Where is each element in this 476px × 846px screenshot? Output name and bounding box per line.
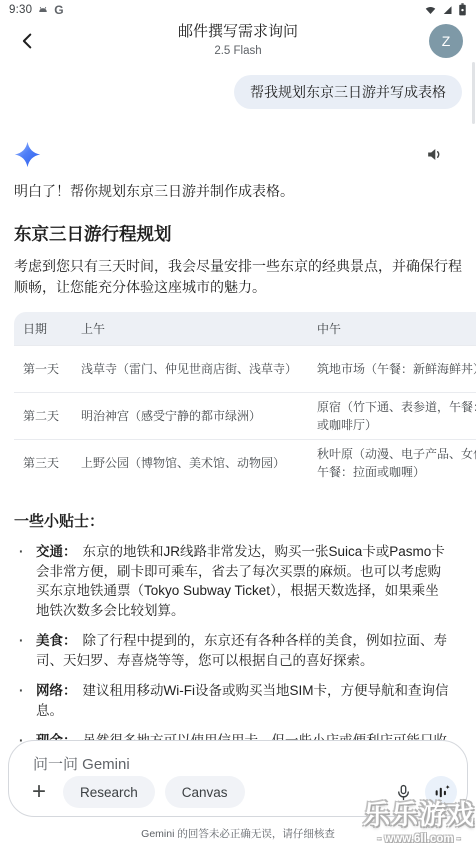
assistant-intro: 明白了！帮你规划东京三日游并制作成表格。 [14, 181, 462, 202]
model-label[interactable]: 2.5 Flash [0, 45, 476, 57]
app-bar: 邮件撰写需求询问 2.5 Flash Z [0, 17, 476, 67]
table-row: 第一天 浅草寺（雷门、仲见世商店街、浅草寺） 筑地市场（午餐：新鲜海鲜丼） [14, 345, 476, 392]
tip-label: 交通： [36, 544, 77, 559]
speaker-button[interactable] [425, 145, 444, 164]
cell-noon: 秋叶原（动漫、电子产品、女仆 午餐：拉面或咖喱） [308, 439, 476, 486]
cell-noon: 筑地市场（午餐：新鲜海鲜丼） [308, 345, 476, 392]
plus-button[interactable]: + [25, 778, 53, 806]
col-header-noon: 中午 [308, 312, 476, 345]
table-header-row: 日期 上午 中午 [14, 312, 476, 345]
tips-title: 一些小贴士： [14, 510, 462, 531]
cell-morning: 浅草寺（雷门、仲见世商店街、浅草寺） [72, 345, 308, 392]
section-title: 东京三日游行程规划 [14, 221, 462, 246]
clock: 9:30 [9, 4, 32, 16]
table-row: 第二天 明治神宫（感受宁静的都市绿洲） 原宿（竹下通、表参道，午餐： 或咖啡厅） [14, 392, 476, 439]
status-bar: 9:30 G [0, 0, 476, 17]
itinerary-table: 日期 上午 中午 第一天 浅草寺（雷门、仲见世商店街、浅草寺） 筑地市场（午餐：… [14, 312, 476, 486]
chat-area: 帮我规划东京三日游并写成表格 明白了！帮你规划东京三日游并制作成表格。 东京三日… [0, 75, 476, 770]
composer[interactable]: 问一问 Gemini + Research Canvas [8, 740, 468, 817]
bullet-icon: · [19, 542, 24, 562]
live-mode-button[interactable] [425, 776, 457, 808]
disclaimer: Gemini 的回答未必正确无误，请仔细核查 [0, 826, 476, 841]
gemini-app: 9:30 G 邮件撰写需求询问 2.5 Flash Z [0, 0, 476, 846]
canvas-chip[interactable]: Canvas [165, 776, 245, 808]
cell-morning: 明治神宫（感受宁静的都市绿洲） [72, 392, 308, 439]
table-row: 第三天 上野公园（博物馆、美术馆、动物园） 秋叶原（动漫、电子产品、女仆 午餐：… [14, 439, 476, 486]
tip-item-transport: ·交通：东京的地铁和JR线路非常发达，购买一张Suica卡或Pasmo卡会非常方… [14, 542, 462, 620]
tip-label: 网络： [36, 683, 77, 698]
tip-label: 美食： [36, 633, 77, 648]
prompt-input[interactable]: 问一问 Gemini [33, 753, 130, 774]
bullet-icon: · [19, 681, 24, 701]
itinerary-table-wrap[interactable]: 日期 上午 中午 第一天 浅草寺（雷门、仲见世商店街、浅草寺） 筑地市场（午餐：… [14, 312, 476, 486]
user-message-bubble: 帮我规划东京三日游并写成表格 [234, 75, 462, 109]
wifi-icon [424, 4, 437, 16]
gemini-sparkle-icon [14, 141, 41, 168]
tip-text: 东京的地铁和JR线路非常发达，购买一张Suica卡或Pasmo卡会非常方便，刷卡… [36, 544, 445, 618]
cell-day: 第二天 [14, 392, 72, 439]
section-intro: 考虑到您只有三天时间，我会尽量安排一些东京的经典景点，并确保行程顺畅，让您能充分… [14, 256, 462, 298]
cell-morning: 上野公园（博物馆、美术馆、动物园） [72, 439, 308, 486]
mic-button[interactable] [394, 783, 413, 802]
col-header-date: 日期 [14, 312, 72, 345]
signal-icon [441, 4, 454, 16]
research-chip[interactable]: Research [63, 776, 155, 808]
battery-icon [458, 3, 467, 16]
bullet-icon: · [19, 631, 24, 651]
conversation-title: 邮件撰写需求询问 [0, 20, 476, 41]
tip-item-food: ·美食：除了行程中提到的，东京还有各种各样的美食，例如拉面、寿司、天妇罗、寿喜烧… [14, 631, 462, 670]
tip-item-network: ·网络：建议租用移动Wi-Fi设备或购买当地SIM卡，方便导航和查询信息。 [14, 681, 462, 720]
tip-text: 建议租用移动Wi-Fi设备或购买当地SIM卡，方便导航和查询信息。 [36, 683, 448, 718]
tip-text: 除了行程中提到的，东京还有各种各样的美食，例如拉面、寿司、天妇罗、寿喜烧等等，您… [36, 633, 447, 668]
account-avatar[interactable]: Z [429, 24, 463, 58]
cell-noon: 原宿（竹下通、表参道，午餐： 或咖啡厅） [308, 392, 476, 439]
cell-day: 第三天 [14, 439, 72, 486]
col-header-morning: 上午 [72, 312, 308, 345]
google-app-icon: G [54, 4, 63, 16]
cell-day: 第一天 [14, 345, 72, 392]
scrollbar[interactable] [472, 62, 475, 124]
notification-icon [37, 4, 49, 16]
